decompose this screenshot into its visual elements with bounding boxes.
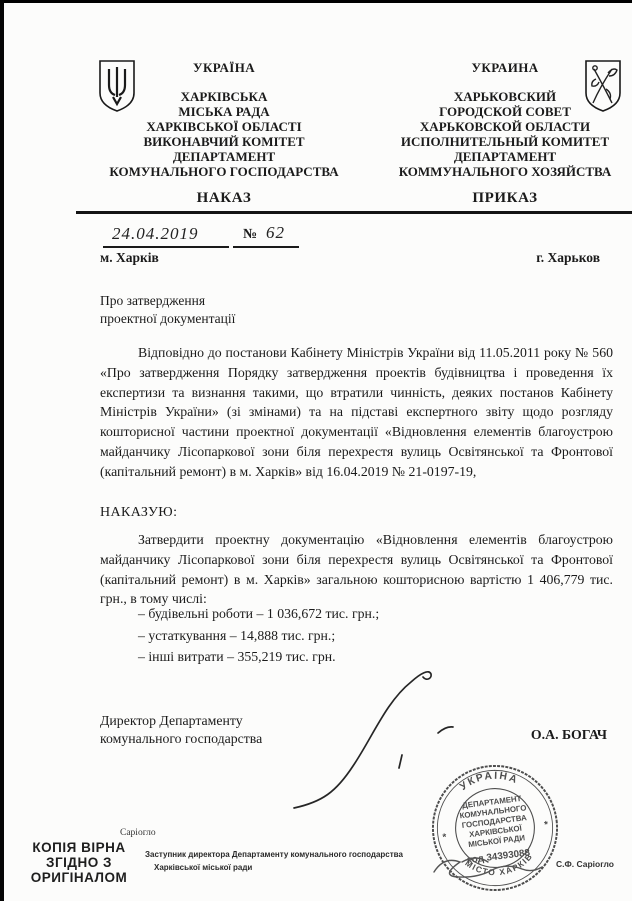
org-line: ХАРЬКОВСКИЙ <box>352 89 632 104</box>
org-line: ХАРКІВСЬКОЇ ОБЛАСТІ <box>78 119 370 134</box>
org-line: КОМУНАЛЬНОГО ГОСПОДАРСТВА <box>78 164 370 179</box>
director-name: О.А. БОГАЧ <box>531 727 607 743</box>
number-value-handwritten: 62 <box>266 223 285 243</box>
org-line: ДЕПАРТАМЕНТ <box>78 149 370 164</box>
certifier-signature-scribble <box>428 848 558 890</box>
certifier-title-block: Заступник директора Департаменту комунал… <box>145 848 405 874</box>
copy-stamp-line: КОПІЯ ВІРНА <box>18 840 140 855</box>
org-line: ХАРКІВСЬКА <box>78 89 370 104</box>
country-label-ru: УКРАИНА <box>352 60 632 76</box>
city-label-ru: г. Харьков <box>536 250 600 266</box>
order-keyword: НАКАЗУЮ: <box>100 505 177 521</box>
header-rule <box>76 211 632 214</box>
subject-line: Про затвердження <box>100 292 235 310</box>
document-page: УКРАЇНА ХАРКІВСЬКА МІСЬКА РАДА ХАРКІВСЬК… <box>0 0 632 901</box>
subject-line: проектної документації <box>100 310 235 328</box>
director-title-line: комунального господарства <box>100 730 262 748</box>
city-label-ua: м. Харків <box>100 250 159 266</box>
org-line: ДЕПАРТАМЕНТ <box>352 149 632 164</box>
org-line: ХАРЬКОВСКОЙ ОБЛАСТИ <box>352 119 632 134</box>
copy-stamp-line: ОРИГІНАЛОМ <box>18 870 140 885</box>
scan-border-top <box>0 0 632 3</box>
date-underline <box>103 246 229 248</box>
order-paragraph: Затвердити проектну документацію «Віднов… <box>100 530 613 609</box>
number-underline <box>233 246 299 248</box>
cost-item-equipment: – устаткування – 14,888 тис. грн.; <box>138 625 379 647</box>
stamp-star-left: * <box>442 832 447 843</box>
certifier-title-line: Харківської міської ради <box>154 861 405 874</box>
org-name-ru: ХАРЬКОВСКИЙ ГОРОДСКОЙ СОВЕТ ХАРЬКОВСКОЙ … <box>352 89 632 179</box>
certifier-name-right: С.Ф. Саріогло <box>556 859 614 869</box>
date-value-handwritten: 24.04.2019 <box>112 224 199 244</box>
copy-stamp-line: ЗГІДНО З <box>18 855 140 870</box>
certifier-title-line: Заступник директора Департаменту комунал… <box>145 848 405 861</box>
director-title-line: Директор Департаменту <box>100 712 262 730</box>
org-line: МІСЬКА РАДА <box>78 104 370 119</box>
org-line: ВИКОНАВЧИЙ КОМІТЕТ <box>78 134 370 149</box>
director-title: Директор Департаменту комунального госпо… <box>100 712 262 748</box>
doc-type-label-ru: ПРИКАЗ <box>352 190 632 207</box>
country-label-ua: УКРАЇНА <box>78 60 370 76</box>
cost-item-construction: – будівельні роботи – 1 036,672 тис. грн… <box>138 603 379 625</box>
stamp-star-right: * <box>544 819 549 830</box>
org-line: КОММУНАЛЬНОГО ХОЗЯЙСТВА <box>352 164 632 179</box>
copy-certification-stamp: КОПІЯ ВІРНА ЗГІДНО З ОРИГІНАЛОМ <box>18 840 140 885</box>
org-line: ГОРОДСКОЙ СОВЕТ <box>352 104 632 119</box>
scan-border-left <box>0 0 4 901</box>
doc-type-label-ua: НАКАЗ <box>78 190 370 207</box>
subject-block: Про затвердження проектної документації <box>100 292 235 328</box>
handwritten-surname: Саріогло <box>120 828 156 838</box>
number-sign: № <box>243 227 257 243</box>
header-ukrainian: УКРАЇНА ХАРКІВСЬКА МІСЬКА РАДА ХАРКІВСЬК… <box>78 60 370 207</box>
preamble-paragraph: Відповідно до постанови Кабінету Міністр… <box>100 343 613 482</box>
org-name-ua: ХАРКІВСЬКА МІСЬКА РАДА ХАРКІВСЬКОЇ ОБЛАС… <box>78 89 370 179</box>
header-russian: УКРАИНА ХАРЬКОВСКИЙ ГОРОДСКОЙ СОВЕТ ХАРЬ… <box>352 60 632 207</box>
org-line: ИСПОЛНИТЕЛЬНЫЙ КОМИТЕТ <box>352 134 632 149</box>
